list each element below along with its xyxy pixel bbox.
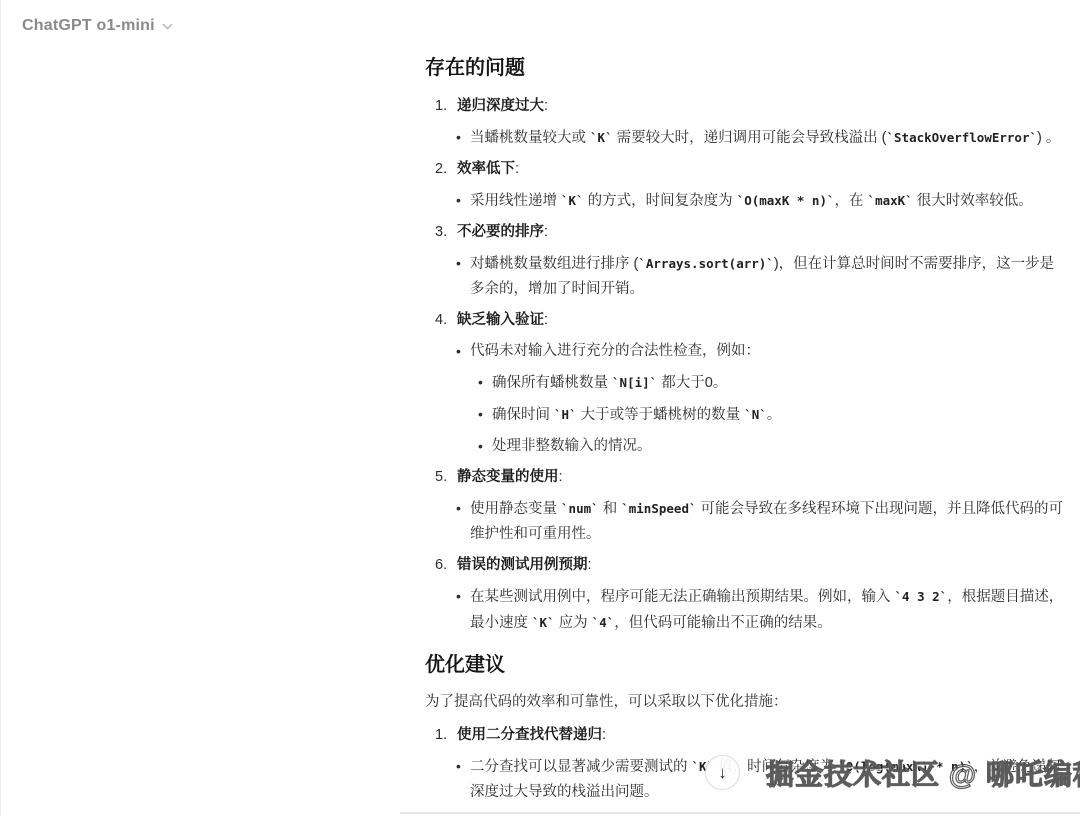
inline-code: `minSpeed` bbox=[621, 501, 696, 516]
chat-message-content: 存在的问题 1.递归深度过大: 当蟠桃数量较大或 `K` 需要较大时，递归调用可… bbox=[425, 55, 1065, 811]
list-item: 1.递归深度过大: 当蟠桃数量较大或 `K` 需要较大时，递归调用可能会导致栈溢… bbox=[425, 94, 1065, 151]
bullet-list: 使用静态变量 `num` 和 `minSpeed` 可能会导致在多线程环境下出现… bbox=[425, 496, 1065, 547]
list-item-title: 效率低下 bbox=[457, 161, 515, 177]
problems-list: 1.递归深度过大: 当蟠桃数量较大或 `K` 需要较大时，递归调用可能会导致栈溢… bbox=[425, 94, 1065, 636]
list-item: 4.缺乏输入验证: 代码未对输入进行充分的合法性检查，例如： 确保所有蟠桃数量 … bbox=[425, 308, 1065, 459]
bullet-list: 二分查找可以显著减少需要测试的 `K` 值，时间复杂度为 `O(log(maxK… bbox=[425, 754, 1065, 805]
colon: : bbox=[515, 161, 519, 177]
nested-bullet-list: 确保所有蟠桃数量 `N[i]` 都大于0。 确保时间 `H` 大于或等于蟠桃树的… bbox=[470, 370, 1065, 459]
inline-code: `num` bbox=[561, 501, 599, 516]
list-item-title: 不必要的排序 bbox=[457, 224, 544, 240]
colon: : bbox=[588, 557, 592, 573]
bullet-item: 当蟠桃数量较大或 `K` 需要较大时，递归调用可能会导致栈溢出 (`StackO… bbox=[470, 125, 1065, 151]
bullet-item: 处理非整数输入的情况。 bbox=[492, 434, 1065, 459]
bullet-item: 确保时间 `H` 大于或等于蟠桃树的数量 `N`。 bbox=[492, 402, 1065, 428]
bullet-item: 在某些测试用例中，程序可能无法正确输出预期结果。例如，输入 `4 3 2`，根据… bbox=[470, 584, 1065, 636]
bullet-list: 对蟠桃数量数组进行排序 (`Arrays.sort(arr)`)，但在计算总时间… bbox=[425, 251, 1065, 302]
inline-code: `N[i]` bbox=[612, 375, 657, 390]
list-item-title: 使用二分查找代替递归 bbox=[457, 727, 602, 743]
list-number: 1. bbox=[435, 723, 457, 748]
optimization-heading: 优化建议 bbox=[425, 652, 1065, 678]
model-selector[interactable]: ChatGPT o1-mini bbox=[22, 13, 174, 38]
colon: : bbox=[544, 224, 548, 240]
list-item: 1.使用二分查找代替递归: 二分查找可以显著减少需要测试的 `K` 值，时间复杂… bbox=[425, 723, 1065, 805]
optimization-intro: 为了提高代码的效率和可靠性，可以采取以下优化措施： bbox=[425, 690, 1065, 715]
list-number: 6. bbox=[435, 553, 457, 578]
inline-code: `N` bbox=[744, 407, 767, 422]
bullet-item: 二分查找可以显著减少需要测试的 `K` 值，时间复杂度为 `O(log(maxK… bbox=[470, 754, 1065, 805]
colon: : bbox=[559, 469, 563, 485]
list-item: 3.不必要的排序: 对蟠桃数量数组进行排序 (`Arrays.sort(arr)… bbox=[425, 220, 1065, 302]
list-item: 2.效率低下: 采用线性递增 `K` 的方式，时间复杂度为 `O(maxK * … bbox=[425, 157, 1065, 214]
optimization-list: 1.使用二分查找代替递归: 二分查找可以显著减少需要测试的 `K` 值，时间复杂… bbox=[425, 723, 1065, 805]
list-number: 5. bbox=[435, 465, 457, 490]
list-number: 4. bbox=[435, 308, 457, 333]
inline-code: `4 3 2` bbox=[895, 589, 948, 604]
bullet-list: 在某些测试用例中，程序可能无法正确输出预期结果。例如，输入 `4 3 2`，根据… bbox=[425, 584, 1065, 636]
bullet-text: 代码未对输入进行充分的合法性检查，例如： bbox=[470, 343, 760, 359]
bullet-list: 采用线性递增 `K` 的方式，时间复杂度为 `O(maxK * n)`，在 `m… bbox=[425, 188, 1065, 214]
colon: : bbox=[544, 312, 548, 328]
inline-code: `Arrays.sort(arr)` bbox=[638, 256, 773, 271]
bullet-item: 使用静态变量 `num` 和 `minSpeed` 可能会导致在多线程环境下出现… bbox=[470, 496, 1065, 547]
list-item-title: 递归深度过大 bbox=[457, 98, 544, 114]
inline-code: `StackOverflowError` bbox=[887, 130, 1038, 145]
inline-code: `K` bbox=[590, 130, 613, 145]
screenshot-bottom-border bbox=[400, 812, 1080, 814]
colon: : bbox=[602, 727, 606, 743]
inline-code: `4` bbox=[592, 615, 615, 630]
scroll-to-bottom-button[interactable]: ↓ bbox=[705, 755, 740, 790]
screenshot-left-border bbox=[0, 0, 1, 816]
list-item: 6.错误的测试用例预期: 在某些测试用例中，程序可能无法正确输出预期结果。例如，… bbox=[425, 553, 1065, 636]
bullet-item: 采用线性递增 `K` 的方式，时间复杂度为 `O(maxK * n)`，在 `m… bbox=[470, 188, 1065, 214]
list-item-title: 静态变量的使用 bbox=[457, 469, 559, 485]
colon: : bbox=[544, 98, 548, 114]
inline-code: `O(maxK * n)` bbox=[737, 193, 835, 208]
inline-code: `K` bbox=[561, 193, 584, 208]
list-number: 3. bbox=[435, 220, 457, 245]
list-item-title: 缺乏输入验证 bbox=[457, 312, 544, 328]
list-number: 2. bbox=[435, 157, 457, 182]
list-item-title: 错误的测试用例预期 bbox=[457, 557, 588, 573]
inline-code: `K` bbox=[532, 615, 555, 630]
model-selector-label: ChatGPT o1-mini bbox=[22, 13, 155, 38]
inline-code: `H` bbox=[554, 407, 577, 422]
inline-code: `maxK` bbox=[868, 193, 913, 208]
bullet-list: 代码未对输入进行充分的合法性检查，例如： 确保所有蟠桃数量 `N[i]` 都大于… bbox=[425, 339, 1065, 459]
bullet-item: 对蟠桃数量数组进行排序 (`Arrays.sort(arr)`)，但在计算总时间… bbox=[470, 251, 1065, 302]
bullet-list: 当蟠桃数量较大或 `K` 需要较大时，递归调用可能会导致栈溢出 (`StackO… bbox=[425, 125, 1065, 151]
list-number: 1. bbox=[435, 94, 457, 119]
bullet-item: 确保所有蟠桃数量 `N[i]` 都大于0。 bbox=[492, 370, 1065, 396]
arrow-down-icon: ↓ bbox=[718, 764, 727, 781]
chevron-down-icon bbox=[161, 20, 174, 33]
inline-code: `O(log(maxK) * n)` bbox=[838, 759, 973, 774]
bullet-item: 代码未对输入进行充分的合法性检查，例如： 确保所有蟠桃数量 `N[i]` 都大于… bbox=[470, 339, 1065, 459]
problems-heading: 存在的问题 bbox=[425, 55, 1065, 81]
list-item: 5.静态变量的使用: 使用静态变量 `num` 和 `minSpeed` 可能会… bbox=[425, 465, 1065, 547]
